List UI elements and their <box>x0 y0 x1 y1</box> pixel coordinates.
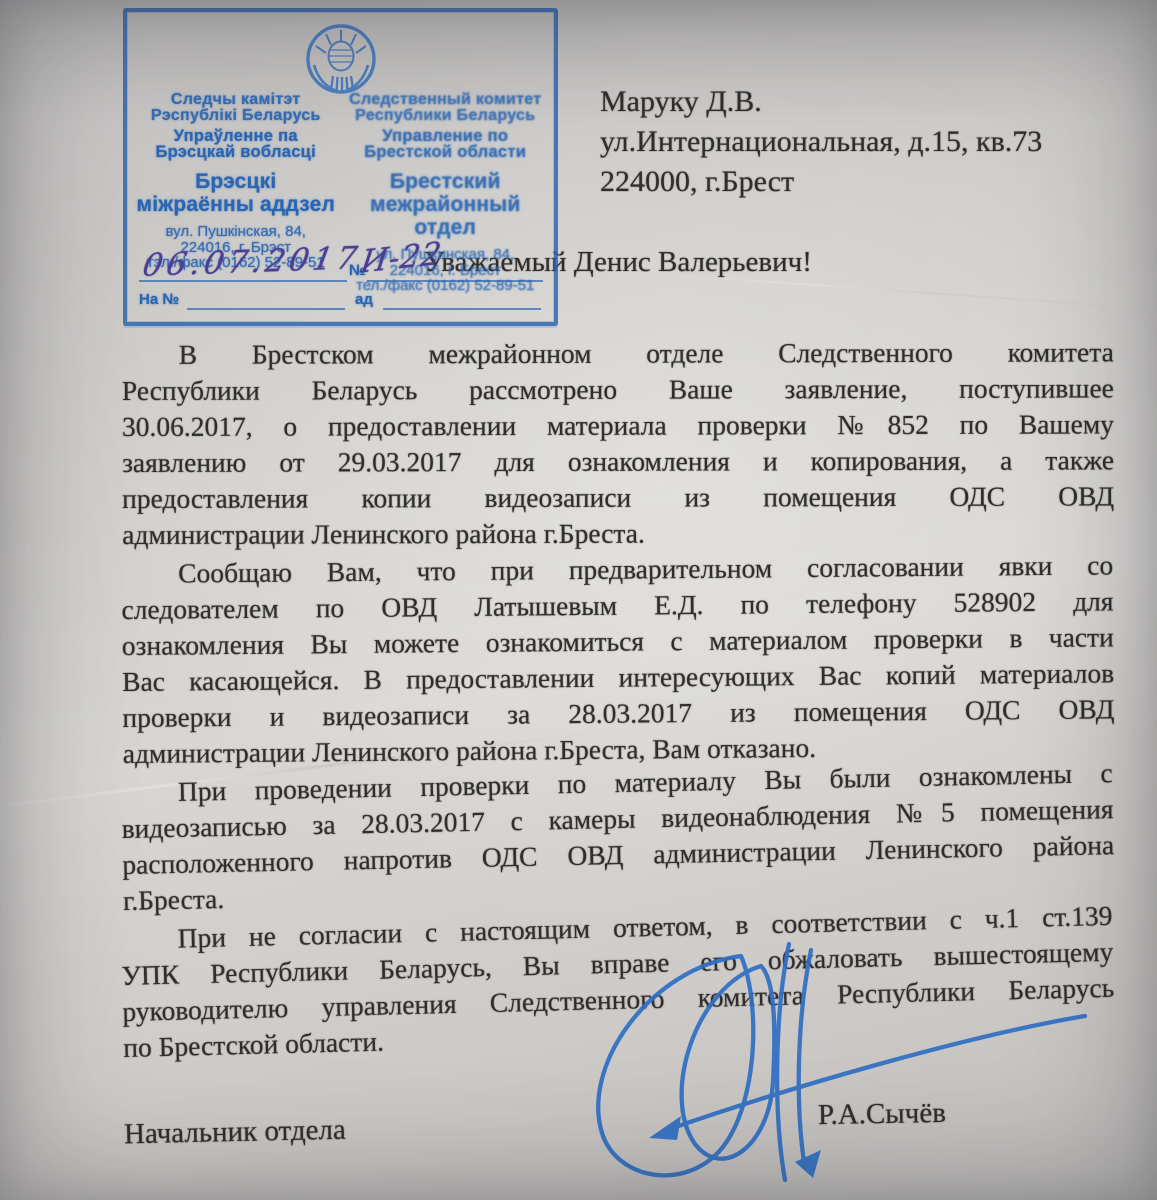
recipient-city: 224000, г.Брест <box>600 162 1042 202</box>
stamp-office-line: міжраённы аддзел <box>131 193 341 216</box>
coat-of-arms-belarus-icon <box>303 20 379 98</box>
body-line: предоставления копии видеозаписи из поме… <box>122 478 1114 517</box>
stamp-office-line: межрайонный отдел <box>341 193 551 239</box>
official-stamp: Следчы камітэт Рэспублікі Беларусь Упраў… <box>123 8 558 326</box>
paragraph-3: При проведении проверки по материалу Вы … <box>121 755 1116 919</box>
scanned-letter-photo: Следчы камітэт Рэспублікі Беларусь Упраў… <box>0 0 1157 1200</box>
stamp-org-line: Республики Беларусь <box>341 108 551 124</box>
stamp-office-line: Брэсцкі <box>131 170 341 193</box>
body-line: администрации Ленинского района г.Бреста… <box>122 514 1114 553</box>
signature-scribble-icon <box>545 940 1105 1198</box>
recipient-name: Маруку Д.В. <box>600 82 1042 122</box>
stamp-address-line: вул. Пушкінская, 84, <box>131 224 341 240</box>
stamp-dept-line: Брэсцкай вобласці <box>131 145 341 161</box>
stamp-org-line: Следчы камітэт <box>131 92 341 108</box>
from-date-label: ад <box>355 291 373 308</box>
from-date-underline <box>383 308 541 310</box>
incoming-number-underline <box>187 308 345 310</box>
body-line: заявлению от 29.03.2017 для ознакомления… <box>122 442 1114 481</box>
recipient-street: ул.Интернациональная, д.15, кв.73 <box>600 122 1042 162</box>
stamp-dept-line: Брестской области <box>341 145 551 161</box>
body-line: 30.06.2017, о предоставлении материала п… <box>122 406 1114 445</box>
stamp-org-line: Рэспублікі Беларусь <box>131 108 341 124</box>
paragraph-1: В Брестском межрайонном отделе Следствен… <box>122 334 1115 553</box>
incoming-number-label: На № <box>139 291 179 308</box>
body-line: В Брестском межрайонном отделе Следствен… <box>122 334 1114 373</box>
number-underline <box>367 280 543 282</box>
recipient-address: Маруку Д.В. ул.Интернациональная, д.15, … <box>600 82 1042 202</box>
body-line: Республики Беларусь рассмотрено Ваше зая… <box>122 370 1114 409</box>
stamp-office-line: Брестский <box>341 170 551 193</box>
stamp-org-line: Следственный комитет <box>341 92 551 108</box>
paragraph-2: Сообщаю Вам, что при предварительном сог… <box>121 547 1115 772</box>
signer-position-title: Начальник отдела <box>124 1114 346 1152</box>
